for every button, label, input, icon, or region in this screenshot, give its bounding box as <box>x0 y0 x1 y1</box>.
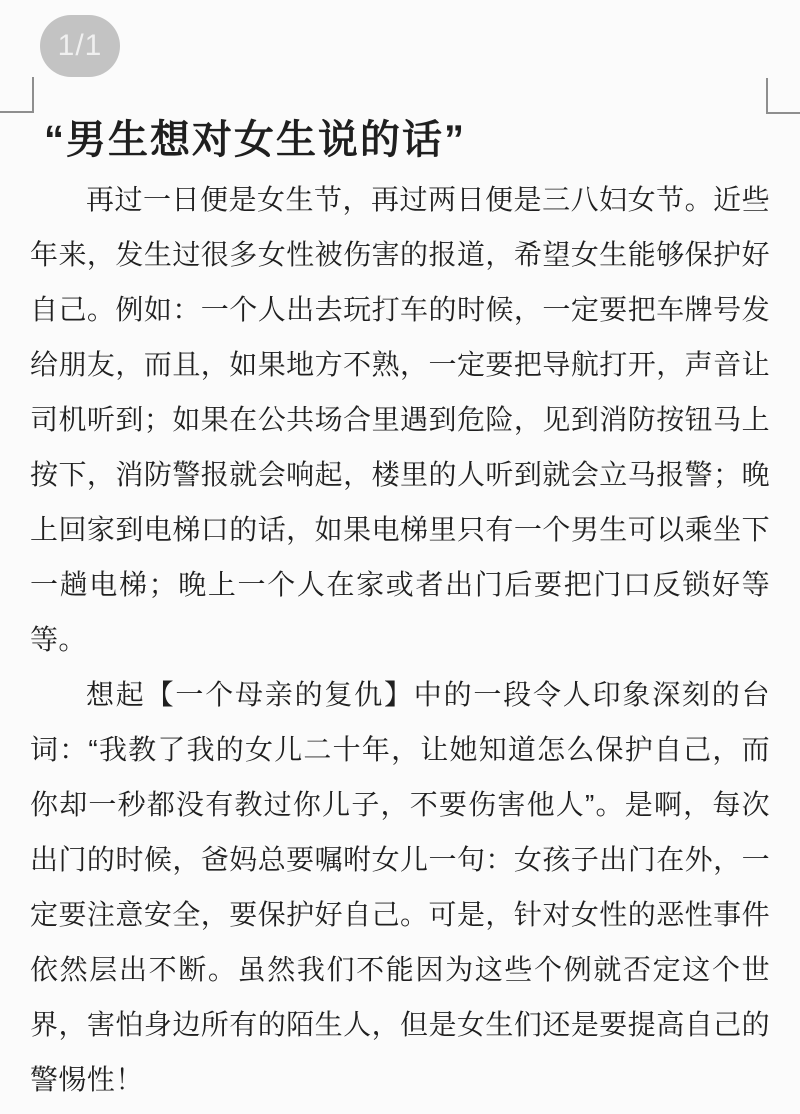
paragraph: 再过一日便是女生节，再过两日便是三八妇女节。近些年来，发生过很多女性被伤害的报道… <box>30 172 770 667</box>
paragraph: 想起【一个母亲的复仇】中的一段令人印象深刻的台词：“我教了我的女儿二十年，让她知… <box>30 667 770 1107</box>
corner-mark-right-icon <box>766 78 800 114</box>
page-indicator-badge: 1/1 <box>40 15 120 77</box>
document-title: “男生想对女生说的话” <box>44 108 466 165</box>
document-viewer: 1/1 “男生想对女生说的话” 再过一日便是女生节，再过两日便是三八妇女节。近些… <box>0 0 800 1114</box>
corner-mark-left-icon <box>0 77 34 113</box>
page-indicator-label: 1/1 <box>58 29 103 63</box>
document-body: 再过一日便是女生节，再过两日便是三八妇女节。近些年来，发生过很多女性被伤害的报道… <box>30 172 770 1107</box>
